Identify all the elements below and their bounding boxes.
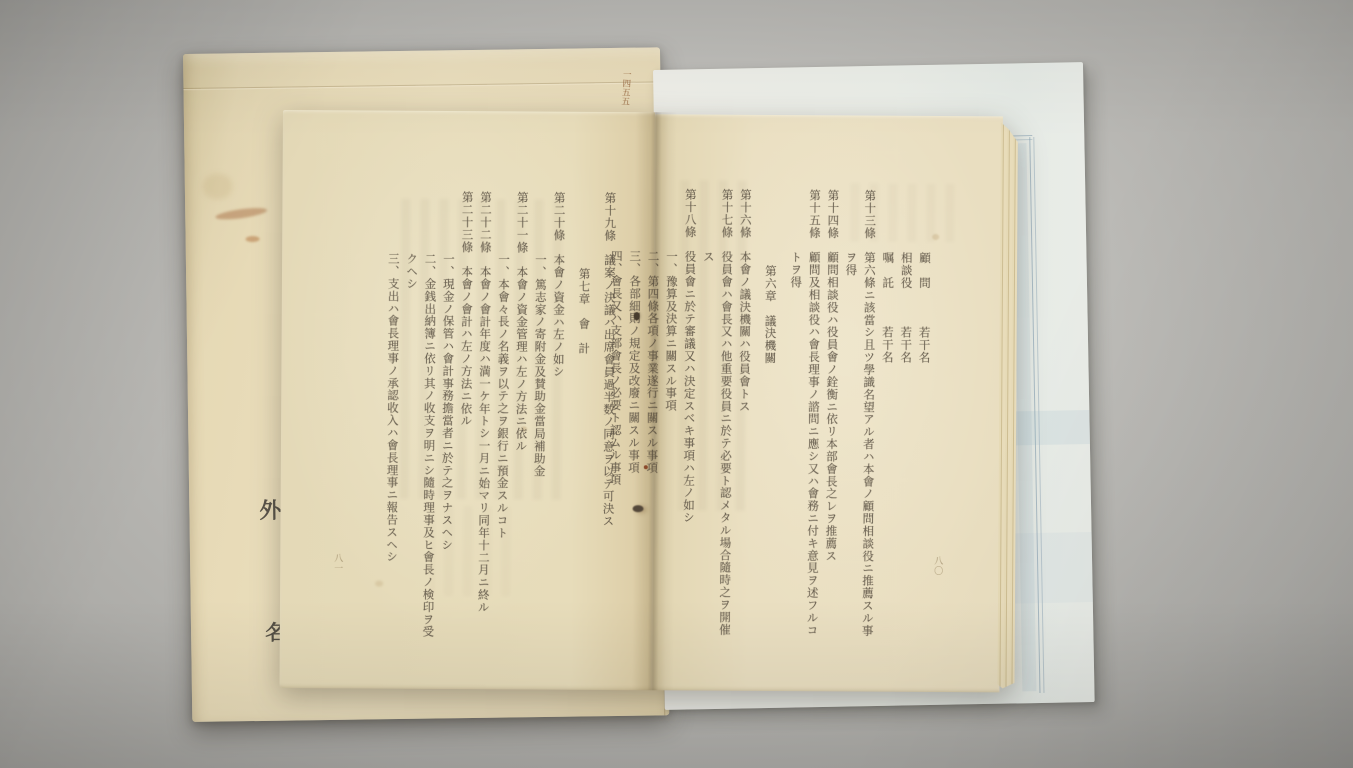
text-column-article: 第十三條 第六條ニ該當シ且ツ學識名望アル者ハ本會ノ顧問相談役ニ推薦スル事ヲ得 (840, 189, 880, 644)
text-column-article: 第十五條 顧問及相談役ハ會長理事ノ諮問ニ應シ又ハ會務ニ付キ意見ヲ述フルコトヲ得 (785, 189, 825, 644)
text-column-item: 四、會長又ハ支部會長ノ必要ト認ムル事項 (605, 188, 626, 643)
open-booklet: 第十九條 議案ノ決議ハ出席會員過半数ノ同意ヲ以テ可決ス第七章 會 計第二十條 本… (279, 110, 1018, 694)
foxing-stain (203, 173, 233, 199)
binding-rust-dot (644, 465, 648, 469)
text-column-item: 二、金銭出納簿ニ依リ其ノ收支ヲ明ニシ隨時理事及ヒ會長ノ検印ヲ受クヘシ (400, 191, 440, 646)
text-column-article: 第十八條 役員會ニ於テ審議又ハ決定スベキ事項ハ左ノ如シ (679, 188, 700, 643)
text-column-item: 一、現金ノ保管ハ會計事務擔當者ニ於テ之ヲナスヘシ (437, 191, 458, 646)
text-column-item: 一、本會々長ノ名義ヲ以テ之ヲ銀行ニ預金スルコト (492, 191, 513, 646)
text-column-role: 顧 問 若干名 (913, 190, 934, 645)
left-page-text: 第十九條 議案ノ決議ハ出席會員過半数ノ同意ヲ以テ可決ス第七章 會 計第二十條 本… (382, 191, 619, 647)
photo-scene: 一四五五 金健中 外 名 第十九條 議案ノ決議ハ出席會員過半数ノ同意ヲ以テ可決ス… (0, 0, 1353, 768)
left-page-number: 八一 (331, 553, 344, 573)
page-stack-edge (997, 122, 1017, 688)
ink-annotation: 一四五五 (619, 70, 633, 106)
text-column-article: 第二十二條 本會ノ會計年度ハ満一ケ年トシ一月ニ始マリ同年十二月ニ終ル (474, 191, 495, 646)
text-column-chapter: 第七章 會 計 (573, 192, 594, 647)
foxing-spot (932, 234, 939, 240)
text-column-item: 二、第四條各項ノ事業遂行ニ關スル事項 (642, 188, 663, 643)
rust-stain (215, 206, 268, 222)
cover-side-char-top: 外 (259, 494, 281, 525)
booklet-right-page: 顧 問 若干名相談役 若干名嘱 託 若干名第十三條 第六條ニ該當シ且ツ學識名望ア… (651, 114, 1003, 692)
text-column-item: 三、支出ハ會長理事ノ承認收入ハ會長理事ニ報告スヘシ (382, 191, 403, 646)
text-column-item: 三、各部細則ノ規定及改廢ニ關スル事項 (623, 188, 644, 643)
cover-fold-edge (183, 81, 660, 89)
booklet-left-page: 第十九條 議案ノ決議ハ出席會員過半数ノ同意ヲ以テ可決ス第七章 會 計第二十條 本… (279, 110, 655, 690)
text-column-article: 第二十條 本會ノ資金ハ左ノ如シ (548, 192, 569, 647)
text-column-item: 一、篤志家ノ寄附金及賛助金當局補助金 (529, 192, 550, 647)
right-page-text: 顧 問 若干名相談役 若干名嘱 託 若干名第十三條 第六條ニ該當シ且ツ學識名望ア… (605, 188, 934, 645)
text-column-chapter: 第六章 議決機關 (759, 189, 780, 644)
rust-stain (246, 236, 260, 242)
form-margin-band (1014, 532, 1093, 603)
right-page-number: 八〇 (931, 556, 944, 576)
binding-smudge (633, 505, 644, 512)
binding-hole (634, 312, 640, 320)
text-column-article: 第二十一條 本會ノ資金管理ハ左ノ方法ニ依ル (511, 191, 532, 646)
text-column-article: 第十四條 顧問相談役ハ役員會ノ銓衡ニ依リ本部會長之レヲ推薦ス (821, 189, 842, 644)
text-column-role: 嘱 託 若干名 (877, 190, 898, 645)
text-column-article: 第十七條 役員會ハ會長又ハ他重要役員ニ於テ必要ト認メタル場合隨時之ヲ開催ス (697, 189, 737, 644)
text-column-item: 一、豫算及決算ニ關スル事項 (660, 188, 681, 643)
text-column-article: 第十六條 本會ノ議決機關ハ役員會トス (734, 189, 755, 644)
text-column-role: 相談役 若干名 (895, 190, 916, 645)
